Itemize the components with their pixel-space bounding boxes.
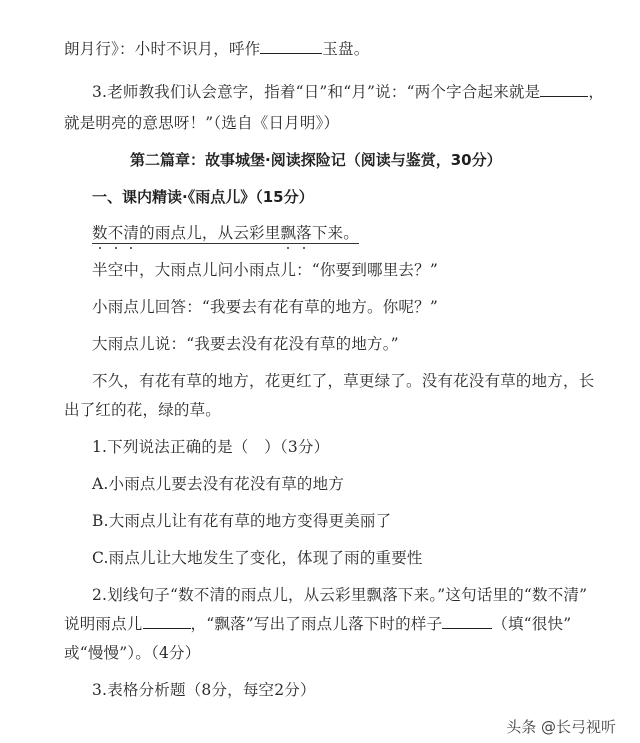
sentence-char: 点 (171, 224, 187, 242)
passage-paragraph: 不久，有花有草的地方，花更红了，草更绿了。没有花没有草的地方，长 (92, 371, 594, 391)
question-2-line-1: 2.划线句子“数不清的雨点儿，从云彩里飘落下来。”这句话里的“数不清” (92, 585, 587, 605)
sentence-char: 里 (265, 224, 281, 242)
answer-blank (143, 614, 191, 629)
poem-line-prefix: 朗月行》：小时不识月，呼作 (64, 40, 260, 58)
sentence-char: 彩 (249, 224, 265, 242)
sentence-char: 从 (218, 224, 234, 242)
sentence-char: 来 (328, 224, 344, 242)
question-3-suffix: ， (588, 83, 604, 101)
sentence-char: 的 (139, 224, 155, 242)
passage-paragraph-continuation: 出了红的花，绿的草。 (64, 400, 221, 420)
question-3-continuation: 就是明亮的意思呀！”（选自《日月明》） (64, 113, 339, 133)
question-3-prefix: 3.老师教我们认会意字，指着“日”和“月”说：“两个字合起来就是 (92, 83, 540, 101)
poem-line: 朗月行》：小时不识月，呼作玉盘。 (64, 39, 369, 59)
answer-blank (540, 82, 588, 97)
question-2-line-3: 或“慢慢”）。（4分） (64, 643, 200, 663)
sentence-char: 云 (233, 224, 249, 242)
sentence-char: 儿 (186, 224, 202, 242)
passage-paragraph: 小雨点儿回答：“我要去有花有草的地方。你呢？” (92, 297, 438, 317)
underlined-text: 数不清的雨点儿，从云彩里飘落下来。 (92, 224, 359, 244)
emphasis-dot-char: 不 (108, 223, 124, 243)
passage-paragraph: 半空中，大雨点儿问小雨点儿：“你要到哪里去？” (92, 260, 438, 280)
question-1-option-c: C.雨点儿让大地发生了变化，体现了雨的重要性 (92, 548, 423, 568)
question-1-option-b: B.大雨点儿让有花有草的地方变得更美丽了 (92, 511, 391, 531)
question-2-text-a: 说明雨点儿 (64, 615, 143, 633)
passage-paragraph: 大雨点儿说：“我要去没有花没有草的地方。” (92, 334, 399, 354)
answer-blank (442, 614, 492, 629)
answer-blank (260, 39, 322, 54)
question-1-stem: 1.下列说法正确的是（ ）（3分） (92, 437, 329, 457)
emphasis-dot-char: 数 (92, 223, 108, 243)
sentence-char: 雨 (155, 224, 171, 242)
question-2-text-b: ，“飘落”写出了雨点儿落下时的样子 (191, 615, 443, 633)
underlined-sentence: 数不清的雨点儿，从云彩里飘落下来。 (92, 223, 359, 243)
poem-line-suffix: 玉盘。 (322, 40, 369, 58)
chapter-title: 第二篇章：故事城堡·阅读探险记（阅读与鉴赏，30分） (130, 150, 502, 170)
question-3-stem: 3.表格分析题（8分，每空2分） (92, 680, 316, 700)
sentence-char: 。 (343, 224, 359, 242)
question-2-line-2: 说明雨点儿，“飘落”写出了雨点儿落下时的样子（填“很快” (64, 614, 571, 634)
watermark: 头条 @长弓视听 (506, 716, 616, 737)
question-1-option-a: A.小雨点儿要去没有花没有草的地方 (92, 474, 344, 494)
sentence-char: ， (202, 224, 218, 242)
emphasis-dot-char: 飘 (280, 223, 296, 243)
emphasis-dot-char: 清 (123, 223, 139, 243)
section-title: 一、课内精读·《雨点儿》（15分） (92, 187, 314, 207)
question-3-line: 3.老师教我们认会意字，指着“日”和“月”说：“两个字合起来就是， (92, 82, 604, 102)
question-2-text-c: （填“很快” (492, 615, 571, 633)
sentence-char: 下 (312, 224, 328, 242)
emphasis-dot-char: 落 (296, 223, 312, 243)
